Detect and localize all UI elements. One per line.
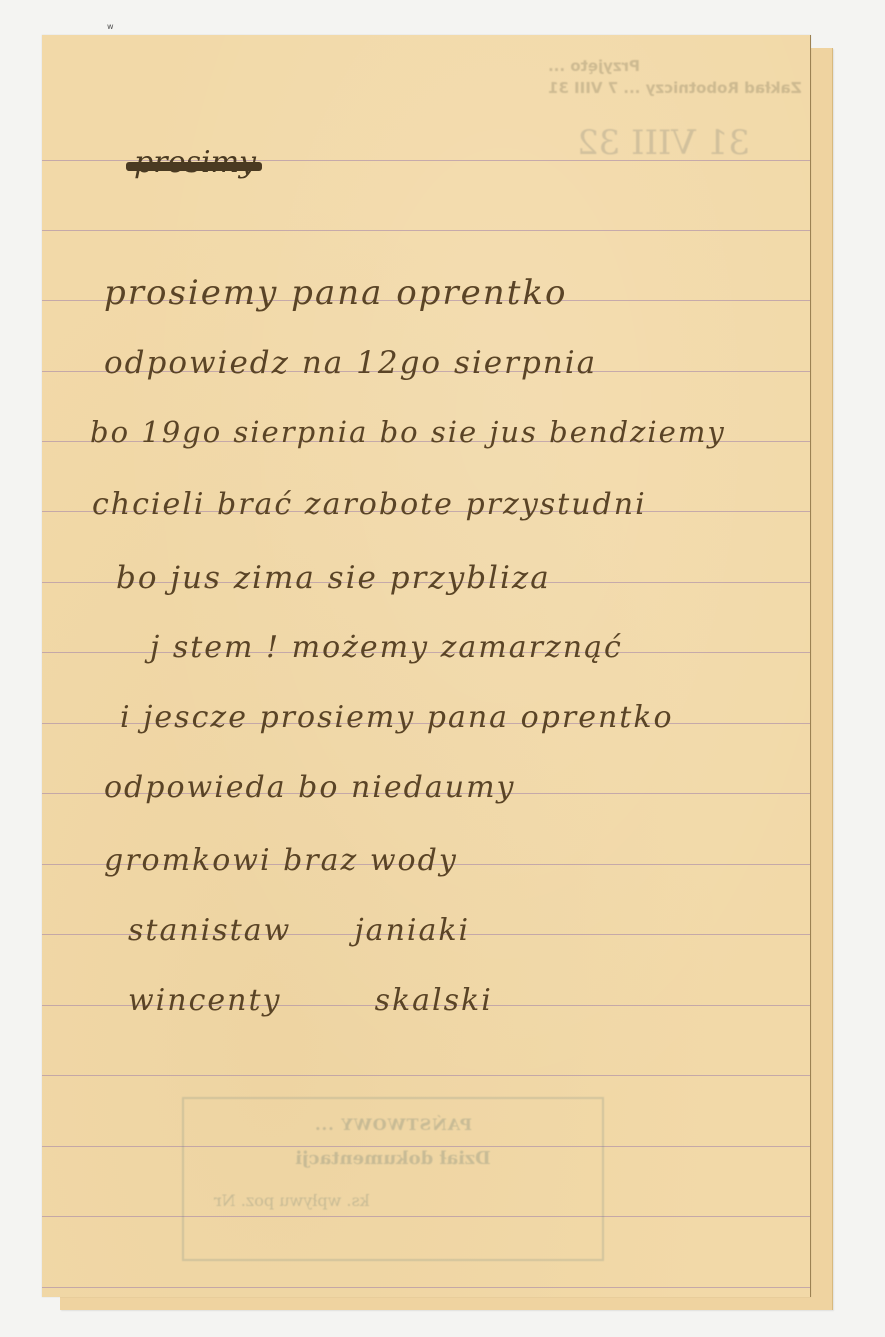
stamp-line: PAŃSTWOWY ... xyxy=(184,1115,602,1134)
scan-corner-mark: w xyxy=(107,22,114,31)
signature: wincenty skalski xyxy=(128,983,493,1018)
rule-line xyxy=(42,1287,810,1288)
signature-last-name: skalski xyxy=(375,983,493,1018)
rule-line xyxy=(42,230,810,231)
signature-last-name: janiaki xyxy=(354,913,470,948)
letter-line: j stem ! możemy zamarznąć xyxy=(150,630,623,665)
signature-first-name: wincenty xyxy=(128,983,281,1018)
letter-line: i jescze prosiemy pana oprentko xyxy=(120,700,674,735)
signature: stanistaw janiaki xyxy=(128,913,470,948)
letter-line: chcieli brać zarobote przystudni xyxy=(92,487,647,522)
struck-out-word: prosimy xyxy=(134,145,256,180)
letter-line: bo jus zima sie przybliza xyxy=(116,560,551,596)
bleed-through-date: 31 VIII 32 xyxy=(577,123,750,163)
letter-sheet: Przyjęto ... Zakład Robotniczy ... 7 VII… xyxy=(42,35,811,1297)
bleed-through-stamp: PAŃSTWOWY ... Dział dokumentacji ks. wpł… xyxy=(182,1097,604,1261)
signature-first-name: stanistaw xyxy=(128,913,291,948)
letter-line: odpowieda bo niedaumy xyxy=(104,770,515,805)
stamp-line: ks. wpływu poz. Nr xyxy=(184,1191,602,1210)
stamp-line: Dział dokumentacji xyxy=(184,1148,602,1169)
bleed-through-header: Przyjęto ... Zakład Robotniczy ... 7 VII… xyxy=(548,55,802,99)
letter-line: prosiemy pana oprentko xyxy=(104,273,567,313)
letter-line: gromkowi braz wody xyxy=(104,843,458,878)
bleed-header-line: Przyjęto ... xyxy=(548,55,802,77)
rule-line xyxy=(42,1075,810,1076)
letter-line: bo 19go sierpnia bo sie jus bendziemy xyxy=(90,415,726,449)
letter-line: odpowiedz na 12go sierpnia xyxy=(104,345,597,381)
bleed-header-line: Zakład Robotniczy ... 7 VIII 31 xyxy=(548,77,802,99)
